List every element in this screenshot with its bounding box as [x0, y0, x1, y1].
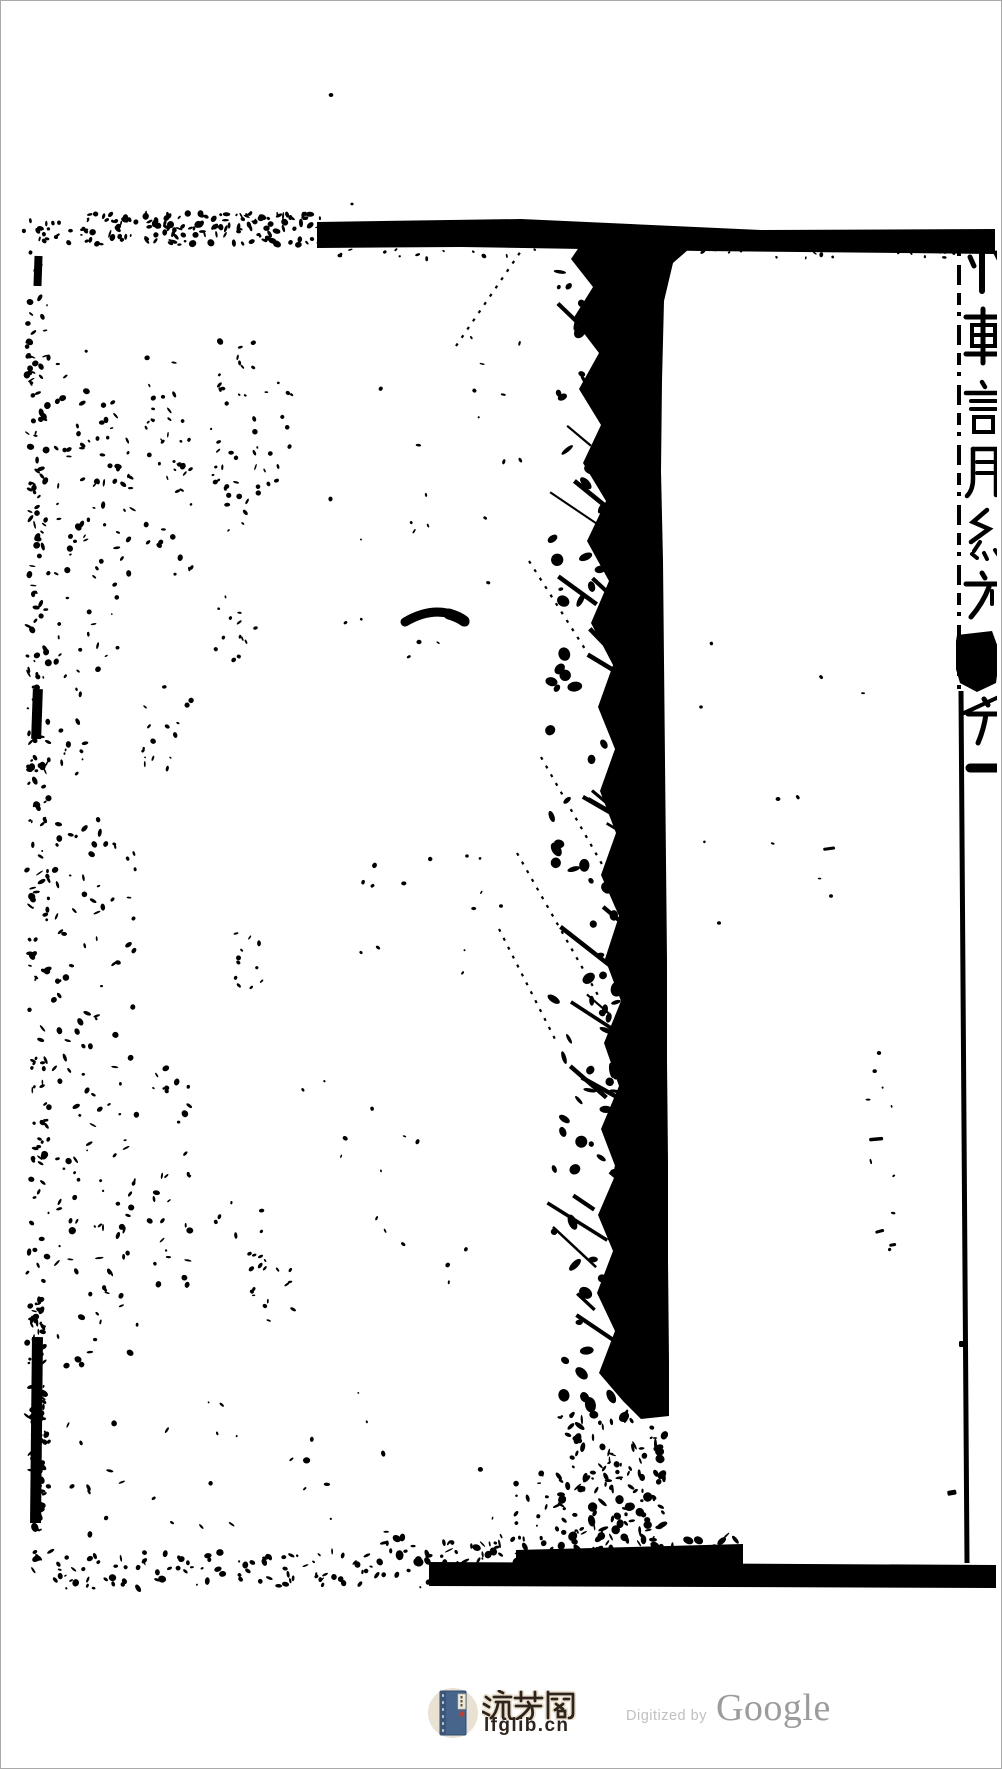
ink-speck	[241, 522, 245, 526]
ink-speck	[45, 718, 50, 725]
ink-speck	[579, 1526, 585, 1531]
ink-speck	[37, 553, 42, 558]
ink-speck	[472, 388, 478, 394]
ink-speck	[27, 514, 35, 523]
ink-speck	[165, 765, 169, 771]
ink-speck	[615, 1469, 621, 1475]
ink-speck	[44, 658, 53, 667]
ink-speck	[33, 651, 42, 659]
ink-speck	[587, 755, 595, 765]
ink-speck	[573, 1365, 590, 1382]
ink-speck	[195, 1583, 198, 1586]
ink-speck	[87, 1531, 92, 1538]
ink-speck	[478, 856, 482, 860]
ink-speck	[518, 457, 523, 463]
ink-speck	[53, 445, 59, 451]
ink-speck	[628, 1519, 635, 1523]
ink-speck	[319, 216, 321, 220]
ink-speck	[252, 449, 257, 456]
ink-streak	[559, 925, 610, 967]
ink-speck	[257, 1578, 263, 1584]
ink-speck	[101, 213, 106, 220]
ink-speck	[255, 965, 259, 969]
ink-speck	[463, 1246, 468, 1252]
ink-speck	[166, 407, 172, 414]
ink-speck	[215, 448, 220, 453]
ink-speck	[79, 477, 86, 482]
ink-speck	[32, 1549, 38, 1555]
ink-speck	[224, 401, 229, 406]
ink-speck	[598, 1443, 606, 1452]
ink-speck	[942, 256, 947, 259]
ink-speck	[342, 1135, 349, 1141]
ink-speck	[173, 468, 177, 472]
ink-speck	[383, 1228, 387, 1233]
ink-speck	[91, 1092, 97, 1097]
ink-speck	[25, 1270, 30, 1275]
ink-speck	[557, 1388, 570, 1403]
ink-speck	[155, 1280, 162, 1288]
ink-speck	[113, 1564, 118, 1568]
ink-speck	[111, 1581, 116, 1587]
ink-speck	[43, 800, 47, 804]
ink-speck	[328, 496, 333, 501]
ink-speck	[31, 1310, 37, 1313]
ink-speck	[91, 1586, 95, 1590]
ink-speck	[93, 1225, 96, 1228]
ink-speck	[129, 506, 136, 511]
ink-speck	[100, 401, 108, 409]
ink-speck	[88, 228, 96, 236]
ink-speck	[67, 832, 74, 837]
ink-speck	[33, 434, 38, 437]
ink-speck	[87, 439, 91, 443]
ink-speck	[206, 238, 216, 248]
ink-speck	[560, 1051, 568, 1065]
ink-speck	[411, 1545, 416, 1547]
ink-speck	[240, 948, 244, 952]
ink-speck	[471, 907, 476, 910]
ink-speck	[27, 781, 31, 786]
ink-speck	[567, 865, 581, 873]
ink-speck	[111, 582, 117, 588]
ink-speck	[56, 1026, 63, 1034]
ink-speck	[42, 1404, 45, 1411]
ink-speck	[221, 635, 226, 640]
ink-speck	[186, 1560, 190, 1565]
ink-speck	[276, 464, 280, 469]
ink-speck	[33, 660, 36, 663]
ink-speck	[252, 416, 257, 423]
ink-speck	[558, 1126, 568, 1138]
ink-speck	[30, 584, 37, 586]
ink-speck	[185, 1223, 187, 1228]
margin-glyph-7	[968, 699, 1002, 743]
ink-speck	[133, 867, 137, 871]
ink-speck	[183, 209, 192, 218]
ink-speck	[361, 1570, 364, 1575]
ink-speck	[310, 1437, 314, 1443]
ink-speck	[598, 1525, 609, 1532]
ink-speck	[263, 1259, 266, 1263]
ink-speck	[145, 539, 151, 545]
ink-speck	[330, 1518, 332, 1520]
ink-speck	[66, 544, 74, 552]
ink-speck	[565, 1481, 571, 1490]
ink-speck	[90, 840, 98, 849]
ink-speck	[92, 575, 97, 580]
ink-speck	[253, 626, 258, 631]
ink-speck	[95, 1256, 104, 1259]
ink-scratch	[456, 251, 521, 346]
ink-speck	[598, 738, 609, 750]
ink-speck	[57, 1198, 62, 1205]
ink-speck	[37, 1137, 43, 1142]
ink-speck	[127, 897, 132, 899]
ink-speck	[244, 639, 248, 644]
ink-speck	[146, 224, 153, 229]
ink-speck	[107, 463, 112, 468]
ink-speck	[190, 1566, 194, 1568]
ink-speck	[65, 239, 72, 246]
ink-speck	[31, 842, 35, 849]
ink-speck	[234, 1232, 238, 1239]
ink-speck	[81, 741, 88, 746]
ink-speck	[104, 654, 108, 657]
ink-speck	[642, 1492, 652, 1503]
ink-speck	[250, 340, 257, 346]
ink-speck	[102, 1224, 104, 1231]
ink-speck	[287, 239, 294, 246]
ink-speck	[30, 417, 37, 424]
ink-speck	[78, 648, 83, 652]
ink-speck	[142, 212, 150, 220]
ink-speck	[381, 1572, 387, 1578]
ink-speck	[40, 784, 46, 789]
ink-speck	[27, 937, 32, 942]
ink-speck	[607, 1448, 611, 1456]
ink-speck	[544, 1504, 548, 1510]
ink-speck	[111, 1066, 118, 1069]
ink-speck	[232, 239, 237, 247]
ink-speck	[343, 620, 348, 625]
ink-speck	[65, 1587, 68, 1590]
ink-speck	[53, 658, 60, 666]
ink-speck	[370, 1106, 374, 1111]
ink-speck	[69, 874, 72, 876]
ink-speck	[25, 431, 30, 435]
ink-speck	[130, 947, 137, 954]
ink-speck	[235, 960, 241, 966]
ink-speck	[119, 1082, 122, 1086]
ink-speck	[522, 1536, 525, 1541]
ink-speck	[403, 1549, 408, 1553]
ink-speck	[584, 1064, 596, 1076]
ink-speck	[638, 1457, 642, 1464]
ink-speck	[47, 227, 51, 231]
ink-speck	[115, 1231, 121, 1239]
ink-speck	[590, 1470, 597, 1475]
ink-speck	[536, 1514, 541, 1519]
ink-speck	[40, 1278, 46, 1284]
ink-speck	[45, 221, 47, 227]
ink-speck	[425, 493, 428, 497]
ink-speck	[96, 1559, 101, 1564]
ink-speck	[158, 462, 161, 466]
ink-speck	[85, 1576, 90, 1583]
ink-speck	[323, 1080, 326, 1083]
ink-speck	[118, 1480, 125, 1484]
ink-speck	[111, 1420, 117, 1427]
ink-speck	[560, 444, 574, 456]
ink-speck	[177, 215, 181, 219]
ink-speck	[37, 1160, 44, 1166]
ink-speck	[28, 964, 32, 967]
ink-speck	[477, 1467, 483, 1473]
ink-speck	[125, 1250, 130, 1256]
ink-speck	[182, 1151, 188, 1157]
ink-speck	[39, 1083, 46, 1088]
ink-speck	[144, 355, 150, 361]
ink-speck	[236, 494, 242, 500]
ink-speck	[302, 1564, 309, 1568]
ink-speck	[29, 886, 36, 890]
ink-speck	[89, 897, 97, 904]
ink-speck	[172, 731, 178, 738]
ink-speck	[370, 883, 375, 888]
ink-speck	[161, 528, 166, 530]
right-margin-line	[959, 233, 967, 1563]
ink-speck	[166, 1256, 171, 1259]
ink-speck	[481, 1551, 484, 1558]
ink-speck	[380, 1450, 386, 1457]
ink-speck	[42, 516, 48, 523]
ink-speck	[454, 1549, 459, 1554]
ink-speck	[552, 1503, 561, 1509]
ink-speck	[56, 363, 60, 366]
ink-speck	[162, 1550, 168, 1558]
ink-speck	[78, 691, 82, 697]
ink-speck	[56, 835, 62, 842]
ink-speck	[546, 533, 559, 545]
ink-speck	[78, 1113, 82, 1117]
ink-speck	[87, 632, 90, 637]
ink-speck	[238, 1560, 241, 1563]
ink-speck	[115, 645, 120, 650]
ink-speck	[162, 229, 167, 236]
ink-speck	[125, 535, 133, 543]
google-logo: Google	[716, 1689, 831, 1727]
ink-speck	[86, 1351, 93, 1354]
ink-speck	[123, 1564, 129, 1570]
ink-speck	[87, 213, 93, 217]
ink-speck	[243, 394, 247, 397]
ink-speck	[36, 1262, 41, 1268]
ink-speck	[477, 416, 480, 419]
ink-streak	[546, 1201, 608, 1241]
ink-speck	[577, 370, 586, 378]
ink-speck	[109, 399, 116, 405]
ink-speck	[187, 437, 192, 442]
ink-speck	[236, 620, 242, 626]
ink-speck	[228, 616, 232, 621]
ink-speck	[540, 1539, 548, 1547]
ink-speck	[75, 1218, 79, 1224]
ink-speck	[126, 451, 130, 455]
ink-speck	[80, 234, 83, 236]
ink-speck	[891, 1211, 896, 1214]
ink-speck	[53, 1259, 60, 1266]
ink-speck	[60, 759, 63, 766]
ink-speck	[580, 970, 597, 986]
ink-speck	[331, 1574, 337, 1581]
ink-speck	[83, 1010, 92, 1016]
ink-speck	[275, 1584, 282, 1588]
ink-speck	[382, 250, 387, 255]
ink-speck	[38, 613, 44, 619]
ink-speck	[378, 386, 384, 392]
ink-speck	[40, 530, 45, 534]
ink-speck	[224, 503, 230, 507]
ink-speck	[268, 451, 273, 456]
ink-speck	[571, 1465, 575, 1469]
ink-speck	[289, 1457, 294, 1462]
ink-speck	[262, 1303, 268, 1309]
ink-speck	[86, 1149, 88, 1151]
ink-speck	[166, 475, 169, 480]
ink-speck	[62, 1053, 68, 1062]
ink-speck	[257, 940, 261, 946]
ink-speck	[237, 612, 242, 615]
ink-speck	[266, 481, 271, 487]
ink-speck	[192, 232, 198, 238]
ink-speck	[146, 452, 152, 458]
ink-speck	[107, 211, 114, 218]
ink-speck	[262, 1265, 267, 1271]
ink-speck	[580, 1415, 583, 1425]
ink-speck	[43, 608, 48, 611]
ink-speck	[641, 1453, 647, 1459]
ink-speck	[288, 1552, 296, 1558]
ink-streak	[572, 1194, 595, 1212]
ink-speck	[34, 769, 38, 772]
ink-speck	[554, 1526, 560, 1533]
ink-speck	[557, 646, 573, 663]
ink-speck	[37, 854, 44, 860]
ink-speck	[580, 1530, 587, 1535]
ink-speck	[57, 1573, 63, 1580]
ink-speck	[81, 891, 88, 898]
ink-speck	[93, 910, 101, 915]
ink-speck	[881, 1086, 884, 1089]
ink-speck	[627, 1483, 636, 1490]
ink-speck	[497, 1552, 503, 1558]
ink-speck	[36, 294, 43, 303]
ink-speck	[68, 1218, 73, 1224]
ink-speck	[143, 521, 149, 527]
ink-speck	[136, 1323, 139, 1327]
ink-speck	[55, 1561, 61, 1568]
ink-speck	[187, 226, 193, 230]
brand-logo-badge	[428, 1688, 478, 1738]
ink-speck	[27, 509, 33, 513]
ink-speck	[58, 1245, 61, 1248]
ink-speck	[499, 904, 503, 908]
ink-speck	[106, 436, 109, 440]
ink-speck	[359, 950, 363, 954]
ink-speck	[166, 1566, 172, 1571]
ink-speck	[480, 890, 483, 894]
ink-speck	[554, 269, 567, 274]
ink-speck	[84, 349, 88, 353]
ink-speck	[284, 1282, 290, 1287]
ink-speck	[61, 932, 67, 936]
ink-speck	[179, 439, 183, 443]
ink-speck	[649, 1425, 655, 1431]
ink-speck	[26, 1302, 34, 1309]
ink-speck	[51, 1065, 58, 1072]
ink-speck	[210, 428, 212, 431]
ink-speck	[114, 594, 121, 601]
ink-speck	[54, 913, 59, 920]
ink-speck	[65, 446, 72, 453]
ink-speck	[184, 1281, 190, 1288]
brand-domain: lfglib.cn	[484, 1715, 569, 1737]
ink-speck	[67, 1258, 73, 1261]
scanned-page: 忄 車 言 月 糹 方 卞 一	[0, 0, 1002, 1769]
ink-speck	[237, 393, 241, 396]
ink-speck	[82, 387, 91, 395]
ink-speck	[383, 1531, 389, 1533]
scan-ink-art	[1, 1, 1002, 1769]
ink-speck	[47, 896, 51, 900]
ink-speck	[114, 463, 123, 470]
ink-speck	[592, 1434, 595, 1441]
ink-speck	[371, 862, 378, 869]
ink-speck	[36, 1188, 41, 1195]
mid-page-stroke	[405, 612, 465, 622]
ink-speck	[53, 572, 58, 576]
ink-speck	[112, 1031, 119, 1038]
ink-speck	[39, 313, 45, 320]
ink-speck	[46, 304, 48, 307]
ink-speck	[257, 214, 266, 222]
ink-speck	[25, 321, 31, 326]
ink-speck	[125, 856, 130, 861]
ink-speck	[238, 345, 244, 349]
ink-speck	[144, 425, 148, 430]
ink-speck	[514, 1520, 519, 1525]
ink-speck	[77, 1313, 86, 1321]
ink-speck	[27, 739, 33, 745]
ink-speck	[363, 1553, 371, 1559]
ink-speck	[87, 518, 90, 523]
ink-speck	[26, 570, 33, 578]
ink-speck	[200, 1567, 204, 1571]
ink-speck	[481, 253, 488, 259]
ink-speck	[151, 755, 155, 761]
ink-speck	[164, 1249, 167, 1252]
ink-speck	[209, 214, 217, 223]
ink-speck	[58, 653, 62, 657]
ink-speck	[152, 1196, 156, 1203]
ink-speck	[251, 365, 256, 370]
ink-speck	[135, 1564, 142, 1571]
ink-speck	[245, 498, 250, 505]
ink-speck	[96, 936, 98, 941]
ink-speck	[256, 446, 258, 449]
ink-speck	[219, 213, 223, 217]
